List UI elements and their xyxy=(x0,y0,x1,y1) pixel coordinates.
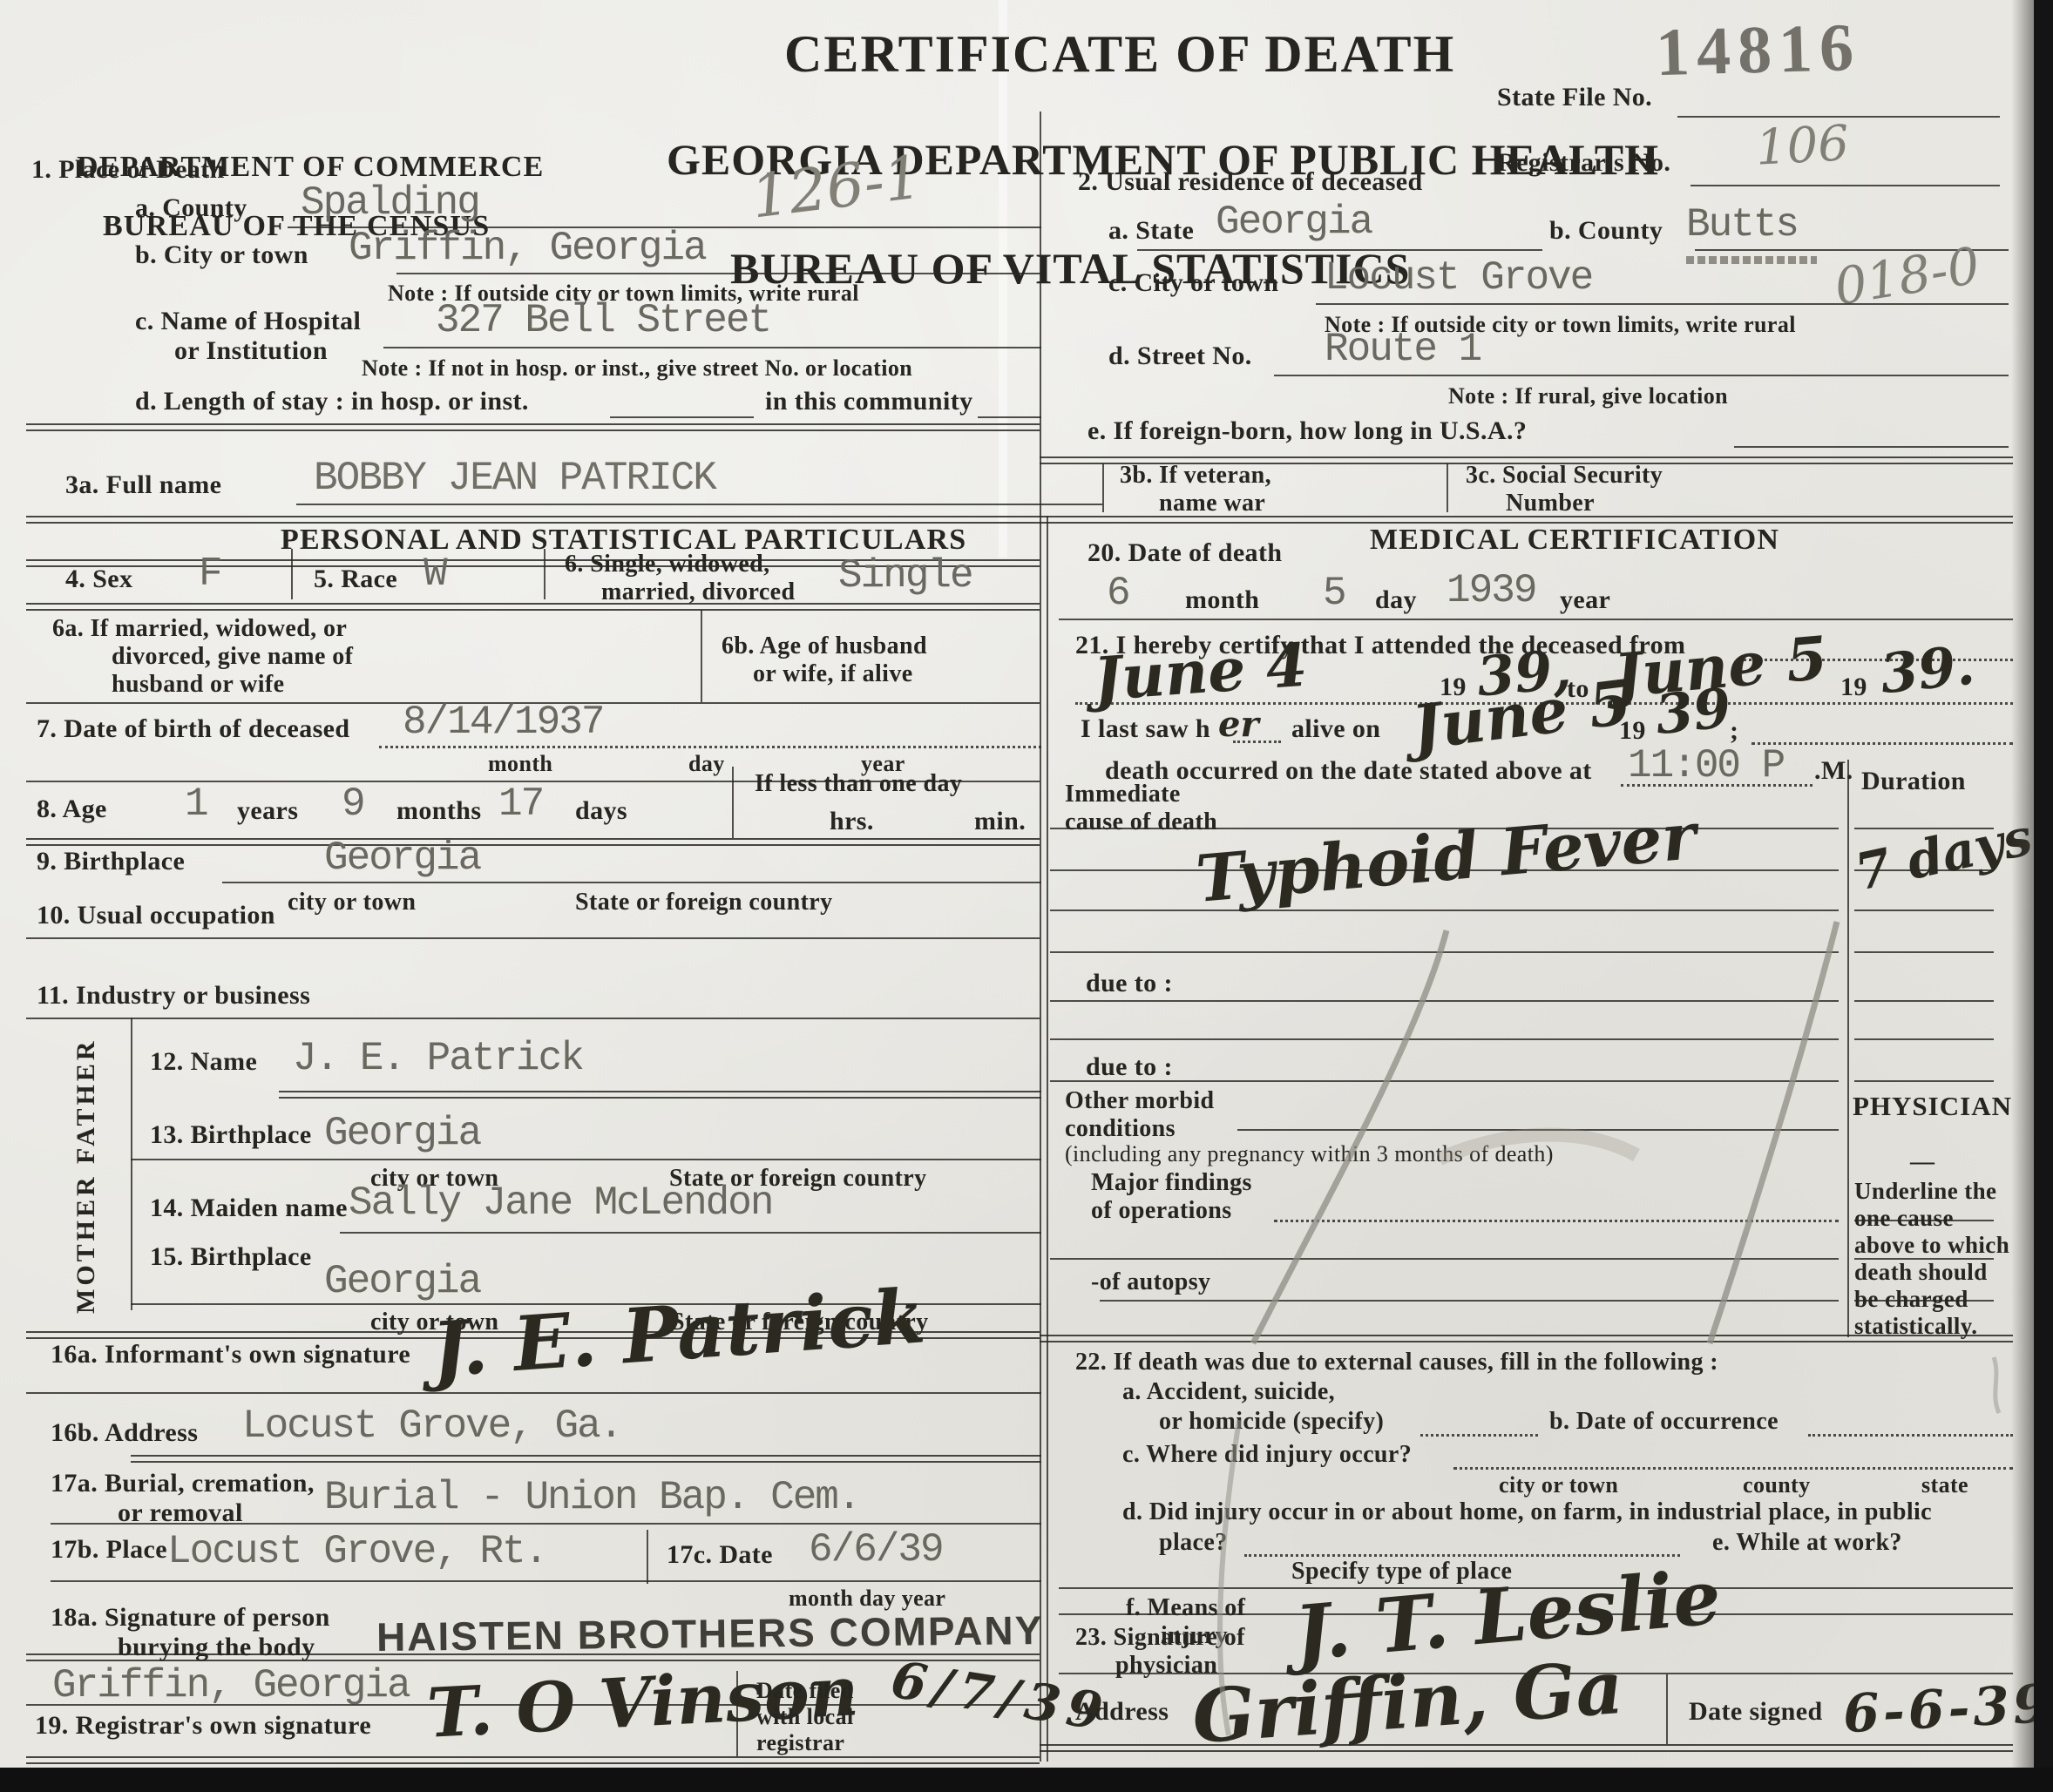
death-certificate-scan: DEPARTMENT OF COMMERCE BUREAU OF THE CEN… xyxy=(0,0,2053,1792)
birthplace-label: 9. Birthplace xyxy=(37,847,185,877)
father-name-value: J. E. Patrick xyxy=(293,1038,583,1079)
dod-day-label: day xyxy=(1375,585,1417,616)
death-time-value: 11:00 P xyxy=(1628,746,1784,786)
duration-rule-3 xyxy=(1854,910,1994,911)
date-signed-label: Date signed xyxy=(1689,1697,1823,1728)
injury-county-sublabel: county xyxy=(1743,1472,1811,1498)
right-bottom-rule xyxy=(1040,1744,2013,1752)
fullname-value: BOBBY JEAN PATRICK xyxy=(314,458,715,498)
right-column-header: MEDICAL CERTIFICATION xyxy=(1370,523,1779,557)
physician-dash: — xyxy=(1910,1148,1934,1176)
registrar-no-value: 106 xyxy=(1755,119,1851,173)
dod-year-label: year xyxy=(1560,585,1610,616)
informant-address-value: Locust Grove, Ga. xyxy=(242,1406,621,1446)
burial-value: Burial - Union Bap. Cem. xyxy=(324,1478,860,1518)
s2-foreign-label: e. If foreign-born, how long in U.S.A.? xyxy=(1087,416,1527,447)
cause-rule-7 xyxy=(1050,1080,1839,1082)
duration-rule-7 xyxy=(1854,1080,1994,1082)
dod-year-value: 1939 xyxy=(1447,571,1535,611)
registrar-no-line xyxy=(1691,185,2000,186)
race-value: W xyxy=(423,554,446,594)
q6a-label-3: husband or wife xyxy=(112,671,284,699)
father-name-line xyxy=(279,1091,1041,1099)
attended-from-value: June 4 xyxy=(1092,636,1309,710)
veteran-box-left xyxy=(1102,463,1104,512)
s1-city-line xyxy=(396,273,1041,274)
scan-border-bottom xyxy=(0,1768,2053,1792)
burier-city-value: Griffin, Georgia xyxy=(52,1666,410,1706)
burial-date-value: 6/6/39 xyxy=(809,1530,943,1570)
burier-label-1: 18a. Signature of person xyxy=(51,1603,330,1633)
burial-mdy-sublabel: month day year xyxy=(789,1586,945,1612)
morbid-rule xyxy=(1237,1129,1839,1131)
industry-line xyxy=(26,1018,1040,1019)
place-blank xyxy=(1244,1554,1680,1557)
birthplace-city-sublabel: city or town xyxy=(288,889,416,916)
last-saw-label-2: alive on xyxy=(1291,714,1380,745)
s2-state-value: Georgia xyxy=(1216,202,1372,242)
age-label: 8. Age xyxy=(37,795,107,825)
burial-date-label: 17c. Date xyxy=(667,1540,773,1571)
morbid-label-2: conditions xyxy=(1065,1115,1176,1143)
accident-label-2: or homicide (specify) xyxy=(1159,1408,1384,1436)
due-to-label-2: due to : xyxy=(1086,1052,1173,1083)
age-years-label: years xyxy=(237,796,298,827)
informant-signature: J. E. Patrick xyxy=(430,1279,928,1388)
age-months-value: 9 xyxy=(342,784,364,824)
s1-city-label: b. City or town xyxy=(135,240,308,271)
physician-address-label: Address xyxy=(1075,1697,1169,1728)
s2-state-line xyxy=(1137,249,1542,251)
duration-rule-2 xyxy=(1854,869,1994,871)
last-saw-blank xyxy=(1233,740,1281,743)
scan-shadow-right xyxy=(2011,0,2034,1792)
due-to-label-1: due to : xyxy=(1086,969,1173,999)
scan-border-right xyxy=(2034,0,2053,1792)
section2-title: 2. Usual residence of deceased xyxy=(1078,167,1423,198)
row8-rule xyxy=(26,838,1040,846)
s2-street-note: Note : If rural, give location xyxy=(1448,383,1728,409)
s1-hospital-value: 327 Bell Street xyxy=(436,301,770,341)
dod-rule xyxy=(1059,619,2013,620)
parent-box-divider xyxy=(131,1018,132,1310)
last-saw-her: er xyxy=(1218,707,1259,742)
injury-city-sublabel: city or town xyxy=(1499,1472,1618,1498)
last-saw-year: 39 xyxy=(1653,681,1733,743)
cause-rule-6 xyxy=(1050,1038,1839,1040)
hrs-label: hrs. xyxy=(830,807,874,837)
ssn-label-2: Number xyxy=(1506,490,1595,517)
industry-label: 11. Industry or business xyxy=(37,981,310,1011)
duration-divider xyxy=(1847,760,1849,1337)
dod-day-value: 5 xyxy=(1323,573,1345,613)
mid-divider-2 xyxy=(1047,516,1048,1762)
physician-label: PHYSICIAN xyxy=(1853,1091,2012,1122)
duration-rule-6 xyxy=(1854,1038,1994,1040)
cause-rule-1 xyxy=(1050,828,1839,829)
s2-street-label: d. Street No. xyxy=(1108,341,1252,372)
row456-rule xyxy=(26,603,1040,611)
occurrence-blank xyxy=(1808,1434,2013,1437)
age-days-label: days xyxy=(575,796,627,827)
filed-label-2: with local xyxy=(756,1704,854,1730)
duration-rule-1 xyxy=(1854,828,1994,829)
filed-box-left xyxy=(736,1671,738,1756)
place-label: place? xyxy=(1159,1529,1228,1557)
cause-rule-2 xyxy=(1050,869,1839,871)
autopsy-label: -of autopsy xyxy=(1091,1268,1210,1296)
mother-name-label: 14. Maiden name xyxy=(150,1194,348,1224)
sex-value: F xyxy=(199,554,221,594)
sex-race-divider xyxy=(291,549,293,599)
s1-hospital-label-1: c. Name of Hospital xyxy=(135,307,361,337)
s1-hospital-note: Note : If not in hosp. or inst., give st… xyxy=(362,355,912,382)
certificate-title: CERTIFICATE OF DEATH xyxy=(784,24,1455,85)
s1-stay-label-2: in this community xyxy=(765,387,973,417)
q6b-label-2: or wife, if alive xyxy=(753,660,913,688)
mother-name-value: Sally Jane McLendon xyxy=(349,1183,773,1223)
immediate-label-2: cause of death xyxy=(1065,808,1217,836)
marital-label-1: 6. Single, widowed, xyxy=(565,551,770,578)
s1-city-value: Griffin, Georgia xyxy=(349,228,706,268)
burial-date-divider xyxy=(647,1530,648,1584)
father-sidelabel: FATHER xyxy=(71,1042,102,1164)
birthplace-line xyxy=(222,882,1041,883)
cause-of-death-value: Typhoid Fever xyxy=(1194,804,1698,912)
cause-section-rule xyxy=(1040,1335,2013,1342)
informant-label: 16a. Informant's own signature xyxy=(51,1340,410,1370)
date-of-death-label: 20. Date of death xyxy=(1087,538,1282,569)
birthplace-state-sublabel: State or foreign country xyxy=(575,889,833,916)
burier-rule xyxy=(26,1653,1040,1661)
s2-foreign-line xyxy=(1734,446,2009,448)
dob-line xyxy=(379,746,1041,748)
ssn-box-left xyxy=(1447,463,1448,512)
duration-label: Duration xyxy=(1861,767,1966,797)
birthplace-value: Georgia xyxy=(324,838,480,878)
cause-rule-3 xyxy=(1050,910,1839,911)
age-years-value: 1 xyxy=(185,784,207,824)
state-file-number-stamp: 14816 xyxy=(1655,13,1861,86)
s2-city-label: c. City or town xyxy=(1108,268,1278,299)
last-saw-label-1: I last saw h xyxy=(1081,714,1210,745)
injury-home-label: d. Did injury occur in or about home, on… xyxy=(1122,1498,1932,1526)
cause-rule-4 xyxy=(1050,951,1839,953)
q6b-divider xyxy=(701,610,702,702)
accident-label-1: a. Accident, suicide, xyxy=(1122,1378,1335,1406)
findings-label-2: of operations xyxy=(1091,1197,1232,1225)
s1-stay-line-2 xyxy=(978,416,1041,418)
registrar-no-label: Registrar's No. xyxy=(1497,148,1670,179)
while-at-work-label: e. While at work? xyxy=(1712,1529,1902,1557)
physician-sig-label-1: 23. Signature of xyxy=(1075,1624,1245,1652)
s2-county-label: b. County xyxy=(1549,216,1663,247)
s1-district-code: 126-1 xyxy=(749,148,925,227)
cause-rule-5 xyxy=(1050,1000,1839,1002)
father-birthplace-value: Georgia xyxy=(324,1113,480,1153)
findings-rule xyxy=(1274,1220,1839,1222)
s1-county-label: a. County xyxy=(135,193,247,224)
father-name-label: 12. Name xyxy=(150,1047,257,1078)
burier-stamp: HAISTEN BROTHERS COMPANY xyxy=(376,1610,1044,1657)
accident-blank xyxy=(1420,1434,1538,1437)
s1-hospital-label-2: or Institution xyxy=(174,336,328,367)
s1-county-value: Spalding xyxy=(301,183,479,223)
burial-place-value: Locust Grove, Rt. xyxy=(167,1532,546,1572)
filed-label-3: registrar xyxy=(756,1730,844,1756)
ssn-label-1: 3c. Social Security xyxy=(1466,462,1663,490)
morbid-label-1: Other morbid xyxy=(1065,1087,1215,1115)
dob-label: 7. Date of birth of deceased xyxy=(37,714,349,745)
occurrence-date-label: b. Date of occurrence xyxy=(1549,1408,1779,1436)
age-days-value: 17 xyxy=(498,784,543,824)
section-divider xyxy=(26,423,1040,431)
means-label-1: f. Means of xyxy=(1126,1594,1245,1622)
dod-month-value: 6 xyxy=(1107,573,1129,613)
q6a-label-2: divorced, give name of xyxy=(112,643,353,671)
mother-name-line xyxy=(340,1232,1041,1234)
race-label: 5. Race xyxy=(314,565,397,595)
injury-state-sublabel: state xyxy=(1921,1472,1968,1498)
informant-address-label: 16b. Address xyxy=(51,1418,198,1449)
underline-instruction: Underline the one cause above to which d… xyxy=(1854,1178,2011,1340)
immediate-label-1: Immediate xyxy=(1065,781,1181,808)
burial-place-label: 17b. Place xyxy=(51,1535,167,1565)
min-label: min. xyxy=(974,807,1026,837)
veteran-label-1: 3b. If veteran, xyxy=(1120,462,1271,490)
attended-to-year: 39. xyxy=(1878,639,1977,702)
father-birthplace-line xyxy=(131,1159,1041,1160)
s2-state-label: a. State xyxy=(1108,216,1194,247)
s2-city-value: Locust Grove xyxy=(1325,258,1592,298)
s1-stay-line-1 xyxy=(610,416,754,418)
printed-19-b: 19 xyxy=(1840,673,1867,703)
fullname-line xyxy=(296,504,1102,505)
less-than-day-label: If less than one day xyxy=(755,770,962,798)
county-underline-stamp xyxy=(1686,256,1817,264)
duration-value: 7 days xyxy=(1851,811,2036,897)
filed-label-1: Date filed xyxy=(756,1678,854,1704)
father-birthplace-label: 13. Birthplace xyxy=(150,1120,312,1151)
dod-month-label: month xyxy=(1185,585,1259,616)
date-signed-divider xyxy=(1666,1674,1668,1744)
physician-address-value: Griffin, Ga xyxy=(1190,1651,1626,1754)
fullname-label: 3a. Full name xyxy=(65,470,221,501)
age-months-label: months xyxy=(396,796,481,827)
external-causes-title: 22. If death was due to external causes,… xyxy=(1075,1349,1718,1376)
mother-birthplace-value: Georgia xyxy=(324,1261,480,1302)
q6b-label-1: 6b. Age of husband xyxy=(722,632,927,660)
printed-19-c: 19 xyxy=(1619,716,1646,747)
marital-value: Single xyxy=(838,556,972,596)
s2-city-line xyxy=(1316,303,2009,305)
registrar-sig-label: 19. Registrar's own signature xyxy=(35,1711,371,1741)
pregnancy-note: (including any pregnancy within 3 months… xyxy=(1065,1141,1554,1167)
s1-stay-label: d. Length of stay : in hosp. or inst. xyxy=(135,387,529,417)
age-hours-divider xyxy=(732,767,734,838)
mid-divider-top xyxy=(1040,112,1041,516)
death-time-line xyxy=(1621,784,1812,787)
burial-label-1: 17a. Burial, cremation, xyxy=(51,1469,315,1499)
dob-day-label: day xyxy=(688,751,725,777)
left-bottom-rule xyxy=(26,1756,1040,1764)
s2-county-value: Butts xyxy=(1686,205,1798,245)
cause-rule-8 xyxy=(1050,1258,1839,1260)
semicolon: ; xyxy=(1730,716,1738,747)
injury-where-label: c. Where did injury occur? xyxy=(1122,1441,1412,1469)
mother-birthplace-label: 15. Birthplace xyxy=(150,1242,312,1273)
autopsy-rule xyxy=(1100,1300,1839,1302)
state-file-label: State File No. xyxy=(1497,83,1652,113)
s2-street-line xyxy=(1274,375,2009,376)
section1-title: 1. Place of Death xyxy=(31,155,225,186)
veteran-label-2: name war xyxy=(1159,490,1265,517)
duration-rule-5 xyxy=(1854,1000,1994,1002)
s1-hospital-line xyxy=(383,347,1041,348)
burial-place-line xyxy=(51,1580,1041,1582)
findings-label-1: Major findings xyxy=(1091,1169,1252,1197)
dob-month-label: month xyxy=(488,751,552,777)
last-saw-rule xyxy=(1751,742,2013,745)
race-marital-divider xyxy=(544,549,545,599)
mid-divider xyxy=(1040,516,1041,1762)
occupation-line xyxy=(26,937,1040,939)
burial-line xyxy=(51,1523,1041,1525)
sex-label: 4. Sex xyxy=(65,565,132,595)
injury-where-blank xyxy=(1453,1467,2013,1470)
duration-rule-4 xyxy=(1854,951,1994,953)
s2-street-value: Route 1 xyxy=(1325,329,1480,369)
occupation-label: 10. Usual occupation xyxy=(37,901,275,931)
mother-sidelabel: MOTHER xyxy=(71,1166,102,1314)
address-line xyxy=(131,1455,1041,1463)
informant-line xyxy=(26,1392,1041,1394)
dob-value: 8/14/1937 xyxy=(403,702,603,742)
q6a-label-1: 6a. If married, widowed, or xyxy=(52,615,347,643)
